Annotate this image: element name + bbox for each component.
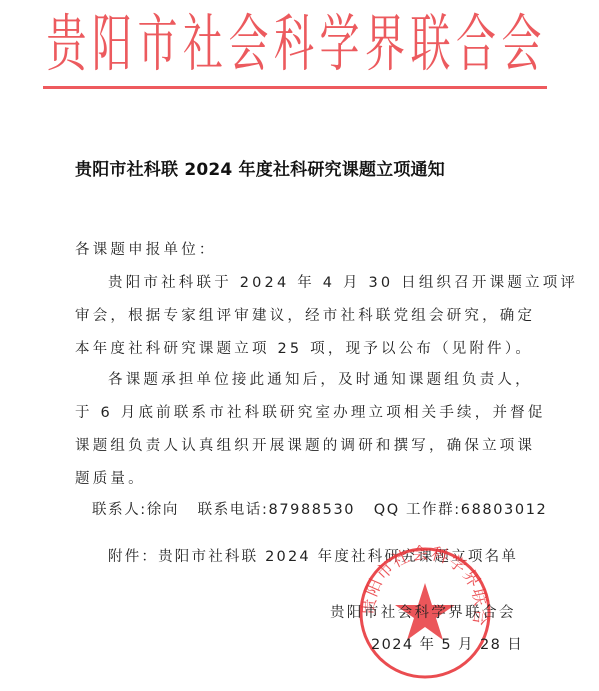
- masthead-char: 市: [135, 14, 180, 76]
- paragraph2-line1: 各课题承担单位接此通知后，及时通知课题组负责人，: [108, 368, 533, 389]
- masthead-char: 会: [226, 14, 271, 76]
- signature-org: 贵阳市社会科学界联合会: [330, 601, 516, 622]
- masthead-char: 贵: [44, 14, 89, 76]
- paragraph1-line1: 贵阳市社科联于 2024 年 4 月 30 日组织召开课题立项评: [108, 271, 578, 292]
- masthead-char: 界: [363, 14, 408, 76]
- masthead-char: 会: [499, 14, 544, 76]
- masthead-char: 社: [181, 14, 226, 76]
- paragraph2-line3: 课题组负责人认真组织开展课题的调研和撰写，确保立项课: [75, 434, 535, 455]
- masthead-char: 学: [317, 14, 362, 76]
- masthead-char: 合: [454, 14, 499, 76]
- paragraph2-line4: 题质量。: [75, 467, 146, 488]
- signature-date: 2024 年 5 月 28 日: [371, 633, 523, 654]
- paragraph1-line3: 本年度社科研究课题立项 25 项，现予以公布（见附件）。: [75, 337, 533, 358]
- masthead-red-rule: [43, 86, 547, 89]
- masthead-char: 联: [408, 14, 453, 76]
- salutation: 各课题申报单位：: [75, 238, 217, 259]
- document-title: 贵阳市社科联 2024 年度社科研究课题立项通知: [75, 155, 535, 180]
- contact-line: 联系人:徐向 联系电话:87988530 QQ 工作群:68803012: [92, 498, 547, 519]
- paragraph1-line2: 审会，根据专家组评审建议，经市社科联党组会研究，确定: [75, 304, 535, 325]
- masthead-org-name: 贵 阳 市 社 会 科 学 界 联 合 会: [44, 12, 544, 78]
- masthead-char: 阳: [90, 14, 135, 76]
- masthead-char: 科: [272, 14, 317, 76]
- paragraph2-line2: 于 6 月底前联系市社科联研究室办理立项相关手续，并督促: [75, 401, 546, 422]
